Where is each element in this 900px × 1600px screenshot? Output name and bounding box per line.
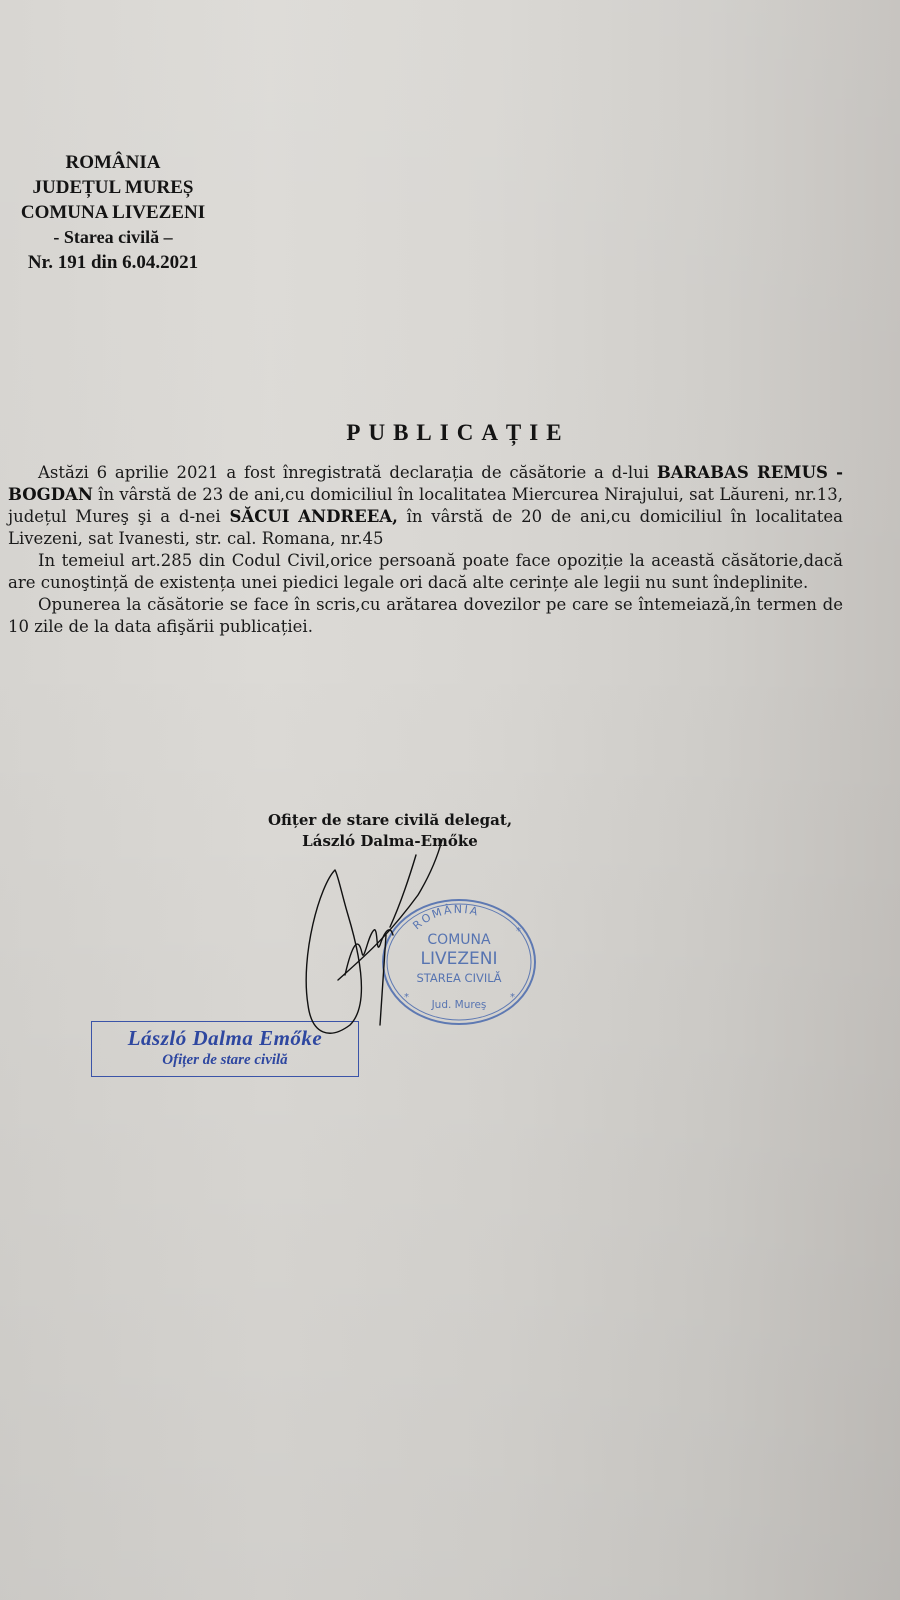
document-body: Astăzi 6 aprilie 2021 a fost înregistrat…	[8, 462, 843, 638]
header-reference: Nr. 191 din 6.04.2021	[2, 250, 224, 275]
signatory-role: Ofițer de stare civilă delegat,	[240, 810, 540, 831]
paragraph-declaration: Astăzi 6 aprilie 2021 a fost înregistrat…	[8, 462, 843, 550]
declaration-intro: Astăzi 6 aprilie 2021 a fost înregistrat…	[38, 463, 649, 482]
header-county: JUDEȚUL MUREȘ	[2, 175, 224, 200]
header-commune: COMUNA LIVEZENI	[2, 200, 224, 225]
bride-surname: SĂCUI	[229, 507, 289, 526]
document-header: ROMÂNIA JUDEȚUL MUREȘ COMUNA LIVEZENI - …	[2, 150, 224, 275]
handwritten-signature	[290, 835, 450, 1055]
stamp-star-icon: *	[516, 926, 521, 937]
document-title: PUBLICAȚIE	[0, 420, 900, 446]
header-department: - Starea civilă –	[2, 225, 224, 250]
paragraph-legal-basis: In temeiul art.285 din Codul Civil,orice…	[8, 550, 843, 594]
header-country: ROMÂNIA	[2, 150, 224, 175]
paragraph-opposition: Opunerea la căsătorie se face în scris,c…	[8, 594, 843, 638]
bride-given-name: ANDREEA,	[298, 507, 398, 526]
stamp-star-icon: *	[510, 992, 515, 1003]
